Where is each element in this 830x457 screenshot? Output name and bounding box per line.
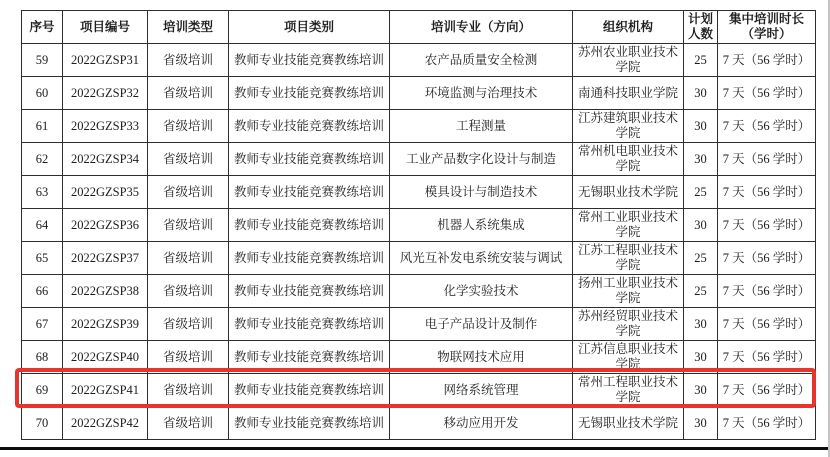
table-row: 61 2022GZSP33 省级培训 教师专业技能竞赛教练培训 工程测量 江苏建…: [22, 110, 816, 143]
cell-major: 化学实验技术: [390, 275, 573, 308]
cell-index: 67: [22, 308, 63, 341]
cell-organization: 常州机电职业技术 学院: [573, 143, 684, 176]
table-row: 60 2022GZSP32 省级培训 教师专业技能竞赛教练培训 环境监测与治理技…: [22, 77, 816, 110]
cell-training-type: 省级培训: [148, 242, 229, 275]
cell-project-category: 教师专业技能竞赛教练培训: [229, 44, 390, 77]
cell-project-code: 2022GZSP35: [63, 176, 148, 209]
cell-major: 工程测量: [390, 110, 573, 143]
cell-planned-count: 30: [684, 374, 718, 407]
cell-project-category: 教师专业技能竞赛教练培训: [229, 176, 390, 209]
cell-organization: 南通科技职业学院: [573, 77, 684, 110]
cell-project-category: 教师专业技能竞赛教练培训: [229, 374, 390, 407]
cell-planned-count: 30: [684, 308, 718, 341]
cell-planned-count: 30: [684, 341, 718, 374]
cell-major: 风光互补发电系统安装与调试: [390, 242, 573, 275]
cell-index: 63: [22, 176, 63, 209]
cell-major: 物联网技术应用: [390, 341, 573, 374]
cell-planned-count: 30: [684, 209, 718, 242]
cell-training-type: 省级培训: [148, 110, 229, 143]
cell-project-category: 教师专业技能竞赛教练培训: [229, 209, 390, 242]
cell-project-category: 教师专业技能竞赛教练培训: [229, 77, 390, 110]
table-row-highlighted: 69 2022GZSP41 省级培训 教师专业技能竞赛教练培训 网络系统管理 常…: [22, 374, 816, 407]
page-bottom-divider: [0, 447, 830, 450]
cell-project-code: 2022GZSP31: [63, 44, 148, 77]
header-row: 序号 项目编号 培训类型 项目类别 培训专业（方向） 组织机构 计划 人数 集中…: [22, 11, 816, 44]
column-header-project-category: 项目类别: [229, 11, 390, 44]
cell-project-category: 教师专业技能竞赛教练培训: [229, 308, 390, 341]
cell-duration: 7 天（56 学时）: [718, 341, 816, 374]
training-program-table: 序号 项目编号 培训类型 项目类别 培训专业（方向） 组织机构 计划 人数 集中…: [21, 10, 816, 440]
cell-organization: 无锡职业技术学院: [573, 407, 684, 440]
column-header-major: 培训专业（方向）: [390, 11, 573, 44]
cell-training-type: 省级培训: [148, 176, 229, 209]
cell-project-code: 2022GZSP33: [63, 110, 148, 143]
column-header-duration: 集中培训时长 （学时）: [718, 11, 816, 44]
cell-duration: 7 天（56 学时）: [718, 242, 816, 275]
cell-organization: 苏州农业职业技术 学院: [573, 44, 684, 77]
cell-project-code: 2022GZSP32: [63, 77, 148, 110]
cell-index: 65: [22, 242, 63, 275]
cell-planned-count: 30: [684, 110, 718, 143]
cell-training-type: 省级培训: [148, 341, 229, 374]
cell-major: 环境监测与治理技术: [390, 77, 573, 110]
cell-index: 68: [22, 341, 63, 374]
cell-major: 农产品质量安全检测: [390, 44, 573, 77]
cell-project-code: 2022GZSP36: [63, 209, 148, 242]
cell-organization: 苏州经贸职业技术 学院: [573, 308, 684, 341]
column-header-index: 序号: [22, 11, 63, 44]
cell-project-category: 教师专业技能竞赛教练培训: [229, 143, 390, 176]
cell-project-code: 2022GZSP34: [63, 143, 148, 176]
cell-project-category: 教师专业技能竞赛教练培训: [229, 341, 390, 374]
cell-major: 移动应用开发: [390, 407, 573, 440]
cell-planned-count: 25: [684, 176, 718, 209]
cell-project-category: 教师专业技能竞赛教练培训: [229, 110, 390, 143]
cell-major: 模具设计与制造技术: [390, 176, 573, 209]
cell-duration: 7 天（56 学时）: [718, 44, 816, 77]
column-header-project-code: 项目编号: [63, 11, 148, 44]
cell-training-type: 省级培训: [148, 407, 229, 440]
cell-organization: 常州工业职业技术 学院: [573, 209, 684, 242]
table-header: 序号 项目编号 培训类型 项目类别 培训专业（方向） 组织机构 计划 人数 集中…: [22, 11, 816, 44]
cell-duration: 7 天（56 学时）: [718, 209, 816, 242]
column-header-planned-count: 计划 人数: [684, 11, 718, 44]
cell-organization: 扬州工业职业技术 学院: [573, 275, 684, 308]
cell-organization: 江苏工程职业技术 学院: [573, 242, 684, 275]
cell-project-code: 2022GZSP39: [63, 308, 148, 341]
cell-duration: 7 天（56 学时）: [718, 143, 816, 176]
cell-training-type: 省级培训: [148, 209, 229, 242]
cell-project-category: 教师专业技能竞赛教练培训: [229, 407, 390, 440]
cell-index: 70: [22, 407, 63, 440]
table-row: 66 2022GZSP38 省级培训 教师专业技能竞赛教练培训 化学实验技术 扬…: [22, 275, 816, 308]
cell-project-code: 2022GZSP42: [63, 407, 148, 440]
cell-project-code: 2022GZSP37: [63, 242, 148, 275]
cell-organization: 江苏建筑职业技术 学院: [573, 110, 684, 143]
training-table-container: 序号 项目编号 培训类型 项目类别 培训专业（方向） 组织机构 计划 人数 集中…: [21, 10, 816, 440]
cell-project-code: 2022GZSP38: [63, 275, 148, 308]
table-row: 64 2022GZSP36 省级培训 教师专业技能竞赛教练培训 机器人系统集成 …: [22, 209, 816, 242]
cell-planned-count: 25: [684, 44, 718, 77]
cell-duration: 7 天（56 学时）: [718, 407, 816, 440]
cell-duration: 7 天（56 学时）: [718, 176, 816, 209]
cell-index: 61: [22, 110, 63, 143]
cell-index: 69: [22, 374, 63, 407]
cell-planned-count: 25: [684, 275, 718, 308]
cell-organization: 江苏信息职业技术 学院: [573, 341, 684, 374]
cell-duration: 7 天（56 学时）: [718, 308, 816, 341]
cell-planned-count: 30: [684, 143, 718, 176]
cell-training-type: 省级培训: [148, 275, 229, 308]
cell-training-type: 省级培训: [148, 143, 229, 176]
cell-project-code: 2022GZSP40: [63, 341, 148, 374]
document-page: 序号 项目编号 培训类型 项目类别 培训专业（方向） 组织机构 计划 人数 集中…: [0, 0, 830, 457]
cell-major: 网络系统管理: [390, 374, 573, 407]
cell-training-type: 省级培训: [148, 44, 229, 77]
cell-project-code: 2022GZSP41: [63, 374, 148, 407]
cell-planned-count: 25: [684, 242, 718, 275]
cell-organization: 常州工程职业技术 学院: [573, 374, 684, 407]
cell-organization: 无锡职业技术学院: [573, 176, 684, 209]
table-row: 62 2022GZSP34 省级培训 教师专业技能竞赛教练培训 工业产品数字化设…: [22, 143, 816, 176]
cell-project-category: 教师专业技能竞赛教练培训: [229, 242, 390, 275]
column-header-training-type: 培训类型: [148, 11, 229, 44]
table-row: 67 2022GZSP39 省级培训 教师专业技能竞赛教练培训 电子产品设计及制…: [22, 308, 816, 341]
table-row: 59 2022GZSP31 省级培训 教师专业技能竞赛教练培训 农产品质量安全检…: [22, 44, 816, 77]
cell-index: 66: [22, 275, 63, 308]
cell-major: 工业产品数字化设计与制造: [390, 143, 573, 176]
column-header-organization: 组织机构: [573, 11, 684, 44]
cell-duration: 7 天（56 学时）: [718, 77, 816, 110]
table-body: 59 2022GZSP31 省级培训 教师专业技能竞赛教练培训 农产品质量安全检…: [22, 44, 816, 440]
cell-duration: 7 天（56 学时）: [718, 110, 816, 143]
cell-training-type: 省级培训: [148, 77, 229, 110]
table-row: 63 2022GZSP35 省级培训 教师专业技能竞赛教练培训 模具设计与制造技…: [22, 176, 816, 209]
cell-planned-count: 30: [684, 77, 718, 110]
cell-duration: 7 天（56 学时）: [718, 275, 816, 308]
cell-planned-count: 30: [684, 407, 718, 440]
cell-index: 64: [22, 209, 63, 242]
cell-major: 机器人系统集成: [390, 209, 573, 242]
cell-major: 电子产品设计及制作: [390, 308, 573, 341]
cell-training-type: 省级培训: [148, 308, 229, 341]
cell-index: 60: [22, 77, 63, 110]
table-row: 70 2022GZSP42 省级培训 教师专业技能竞赛教练培训 移动应用开发 无…: [22, 407, 816, 440]
cell-index: 59: [22, 44, 63, 77]
cell-duration: 7 天（56 学时）: [718, 374, 816, 407]
table-row: 65 2022GZSP37 省级培训 教师专业技能竞赛教练培训 风光互补发电系统…: [22, 242, 816, 275]
cell-index: 62: [22, 143, 63, 176]
table-row: 68 2022GZSP40 省级培训 教师专业技能竞赛教练培训 物联网技术应用 …: [22, 341, 816, 374]
cell-project-category: 教师专业技能竞赛教练培训: [229, 275, 390, 308]
cell-training-type: 省级培训: [148, 374, 229, 407]
